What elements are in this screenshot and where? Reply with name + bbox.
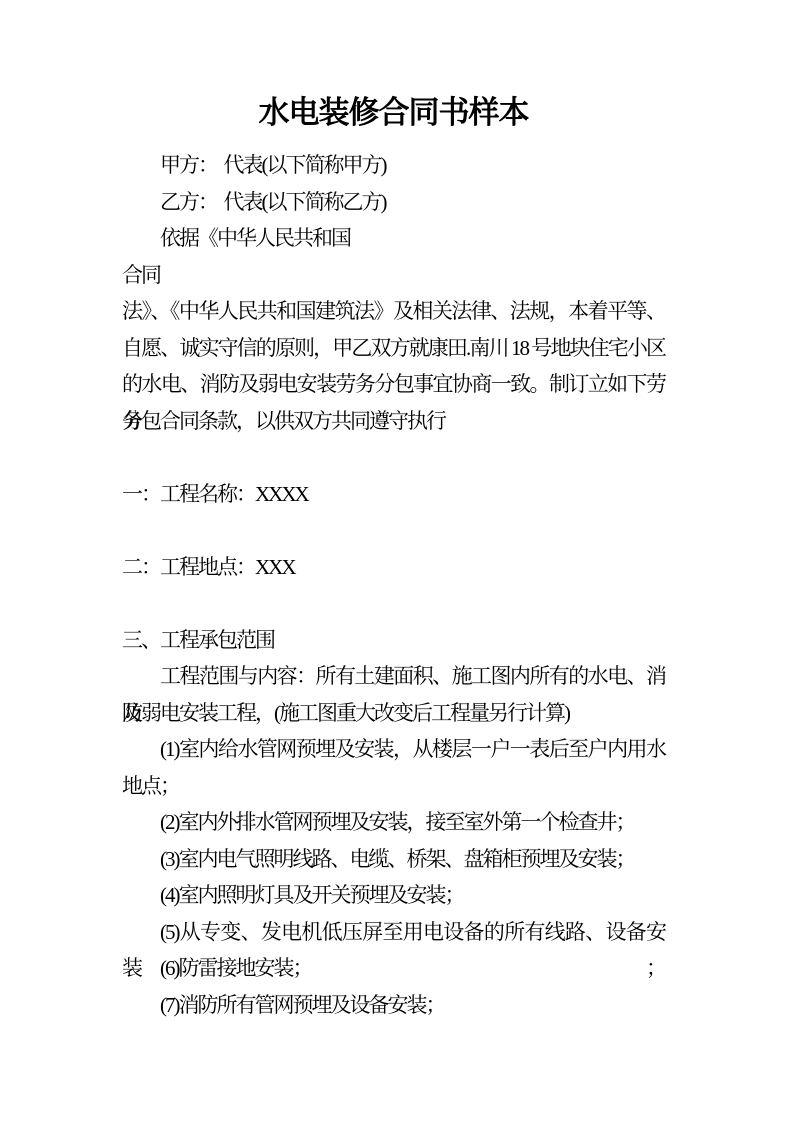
contract-line: 法》、《中华人民共和国建筑法》及相关法律、法规，本着平等、 [122,293,665,330]
blank-line [122,512,665,549]
contract-line: 三、工程承包范围 [122,622,665,659]
contract-line: (7)消防所有管网预埋及设备安装； [122,987,665,1024]
contract-line: 的水电、消防及弱电安装劳务分包事宜协商一致。制订立如下劳务 [122,366,665,403]
contract-line: 自愿、诚实守信的原则，甲乙双方就康田.南川 18 号地块住宅小区 [122,330,665,367]
document-page: 水电装修合同书样本 甲方： 代表(以下简称甲方)乙方： 代表(以下简称乙方)依据… [0,0,792,1122]
contract-line: (5)从专变、发电机低压屏至用电设备的所有线路、设备安装； [122,914,665,951]
contract-line: 合同 [122,257,665,294]
contract-line: (2)室内外排水管网预埋及安装，接至室外第一个检查井； [122,804,665,841]
contract-line: 一：工程名称：XXXX [122,476,665,513]
blank-line [122,585,665,622]
contract-line: 二：工程地点：XXX [122,549,665,586]
contract-line: 工程范围与内容：所有土建面积、施工图内所有的水电、消防 [122,658,665,695]
contract-line: (1)室内给水管网预埋及安装，从楼层一户一表后至户内用水 [122,731,665,768]
contract-line: 分包合同条款，以供双方共同遵守执行 [122,403,665,440]
contract-line: (3)室内电气照明线路、电缆、桥架、盘箱柜预埋及安装； [122,841,665,878]
blank-line [122,439,665,476]
contract-line: 及弱电安装工程，(施工图重大改变后工程量另行计算) [122,695,665,732]
contract-line: 甲方： 代表(以下简称甲方) [122,147,665,184]
contract-line: 地点； [122,768,665,805]
contract-line: (4)室内照明灯具及开关预埋及安装； [122,877,665,914]
contract-line: 依据《中华人民共和国 [122,220,665,257]
document-title: 水电装修合同书样本 [122,92,665,134]
contract-line: 乙方： 代表(以下简称乙方) [122,184,665,221]
contract-body: 甲方： 代表(以下简称甲方)乙方： 代表(以下简称乙方)依据《中华人民共和国合同… [122,147,665,1023]
